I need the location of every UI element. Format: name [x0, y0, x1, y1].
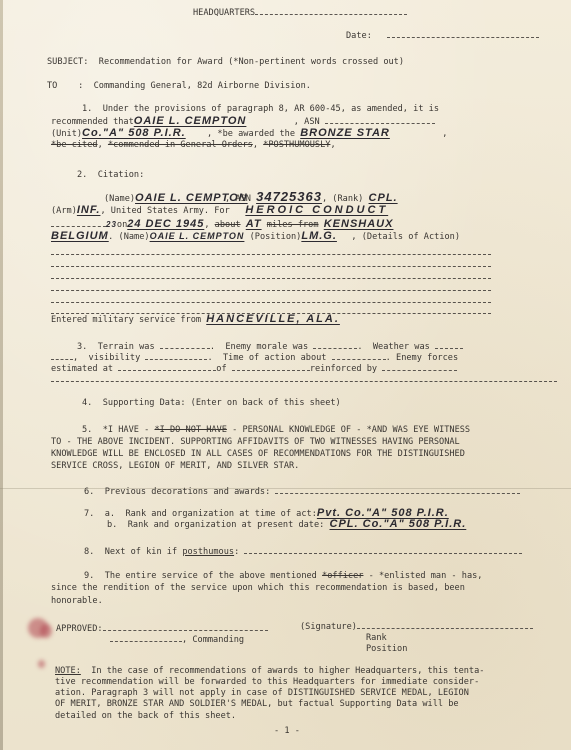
name2-label: (Name): [119, 232, 150, 242]
headquarters-line: HEADQUARTERS: [193, 6, 407, 19]
asn-label: , ASN: [294, 117, 320, 127]
para5-line1: 5. *I HAVE - *I DO NOT HAVE - PERSONAL K…: [82, 425, 470, 436]
visibility-field[interactable]: [145, 351, 207, 360]
note-line1: NOTE: In the case of recommendations of …: [55, 666, 484, 677]
reinforced-label: reinforced by: [310, 364, 377, 374]
weather-field[interactable]: [435, 340, 463, 349]
estimated-field[interactable]: [118, 362, 216, 371]
estimated-label: estimated at: [51, 364, 113, 374]
para6-line: 6. Previous decorations and awards:: [84, 485, 520, 498]
award-recommendation-form: HEADQUARTERS Date: SUBJECT: Recommendati…: [0, 0, 571, 750]
time-field[interactable]: [332, 351, 386, 360]
para1-line1: 1. Under the provisions of paragraph 8, …: [82, 104, 439, 115]
para9-text-3: honorable.: [51, 596, 103, 607]
para9-line1: 9. The entire service of the above menti…: [84, 571, 482, 582]
position-field[interactable]: LM.G.: [301, 231, 351, 242]
commanding-line: , Commanding: [110, 633, 244, 646]
citation-blank: [51, 218, 106, 227]
para7b-label: b.: [107, 520, 117, 530]
of-label: of: [216, 364, 226, 374]
rank-present-label: Rank and organization at present date:: [128, 520, 325, 530]
para2-heading: 2. Citation:: [77, 170, 144, 181]
location-field[interactable]: KENSHAUX: [324, 218, 394, 230]
struck-cited: *be cited: [51, 140, 98, 150]
para1-number: 1.: [82, 104, 92, 114]
paper-edge: [0, 0, 3, 750]
para9-number: 9.: [84, 571, 94, 581]
signature-position-label: Position: [366, 644, 407, 655]
next-of-kin-field[interactable]: [244, 545, 522, 554]
to-separator: :: [78, 81, 83, 91]
recommended-that-label: recommended that: [51, 117, 134, 127]
location-prep: AT: [246, 218, 262, 230]
to-label: TO: [47, 81, 57, 91]
date-blank: [387, 29, 539, 38]
note-text-4: OF MERIT, BRONZE STAR AND SOLDIER'S MEDA…: [55, 699, 459, 710]
rank-label: , (Rank): [322, 194, 363, 204]
citation-name-field[interactable]: OAIE L. CEMPTON: [135, 193, 225, 204]
unit-field[interactable]: Co."A" 508 P.I.R.: [82, 128, 207, 139]
signature-field[interactable]: [357, 620, 533, 629]
name-label: (Name): [104, 194, 135, 204]
para4-number: 4.: [82, 398, 92, 408]
subject-text: Recommendation for Award (*Non-pertinent…: [99, 57, 404, 67]
rank-at-act-label: Rank and organization at time of act:: [125, 509, 316, 519]
citation-asn-field[interactable]: 34725363: [256, 189, 322, 204]
asn-field[interactable]: [325, 115, 435, 124]
date-prefix: 23: [106, 220, 117, 229]
morale-field[interactable]: [313, 340, 357, 349]
signature-line: (Signature): [300, 620, 533, 633]
para5-number: 5.: [82, 425, 92, 435]
para3-line3: estimated at of reinforced by: [51, 362, 457, 375]
details-line-5[interactable]: [51, 302, 491, 303]
entered-service-line: Entered military service from HANCEVILLE…: [51, 314, 436, 326]
para7b-line: b. Rank and organization at present date…: [107, 519, 506, 531]
commanding-unit-field[interactable]: [110, 633, 182, 642]
citation-title: Citation:: [98, 170, 145, 180]
posthumous-underlined: posthumous: [182, 547, 234, 557]
para9-text-2: since the rendition of the service upon …: [51, 583, 465, 594]
citation-asn-label: , ASN: [225, 194, 251, 204]
note-text-1: In the case of recommendations of awards…: [91, 666, 484, 676]
date-label: Date:: [346, 31, 372, 41]
weather-field-cont[interactable]: [51, 351, 73, 360]
recommended-name-field[interactable]: OAIE L. CEMPTON: [134, 116, 294, 127]
ink-stain: [38, 660, 45, 668]
approved-field[interactable]: [103, 622, 268, 631]
para6-number: 6.: [84, 487, 94, 497]
commanding-label: , Commanding: [182, 635, 244, 645]
para5-text-2: TO - THE ABOVE INCIDENT. SUPPORTING AFFI…: [51, 437, 460, 448]
para9-text-1: The entire service of the above mentione…: [105, 571, 317, 581]
note-text-3: ation. Paragraph 3 will not apply in cas…: [55, 688, 469, 699]
struck-posthumously: *POSTHUMOUSLY: [263, 140, 330, 150]
para5-text-1: - PERSONAL KNOWLEDGE OF - *AND WAS EYE W…: [232, 425, 470, 435]
awarded-label: , *be awarded the: [207, 129, 295, 139]
previous-awards-field[interactable]: [275, 485, 520, 494]
details-line-1[interactable]: [51, 254, 491, 255]
arm-field[interactable]: INF.: [77, 204, 101, 216]
entered-service-field[interactable]: HANCEVILLE, ALA.: [206, 314, 436, 325]
details-label: (Details of Action): [362, 232, 460, 242]
details-line-3[interactable]: [51, 278, 491, 279]
terrain-field[interactable]: [160, 340, 210, 349]
citation-line1: (Name)OAIE L. CEMPTON, ASN 34725363, (Ra…: [104, 191, 439, 205]
note-label: NOTE:: [55, 666, 81, 676]
award-field[interactable]: BRONZE STAR: [300, 128, 442, 139]
approved-label: APPROVED:: [56, 624, 103, 634]
to-line: TO : Commanding General, 82d Airborne Di…: [47, 81, 311, 92]
signature-label: (Signature): [300, 622, 357, 632]
for-field[interactable]: HEROIC CONDUCT: [245, 205, 470, 216]
ink-stain: [40, 624, 52, 638]
para5-text-3: KNOWLEDGE WILL BE ENCLOSED IN ALL CASES …: [51, 449, 465, 460]
para7-number: 7.: [84, 509, 94, 519]
unit-label: (Unit): [51, 129, 82, 139]
rank-present-field[interactable]: CPL. Co."A" 508 P.I.R.: [330, 519, 506, 530]
citation-line4: BELGIUM . (Name)OAIE L. CEMPTON (Positio…: [51, 231, 460, 243]
para2-number: 2.: [77, 170, 87, 180]
citation-name2-field[interactable]: OAIE L. CEMPTON: [150, 231, 245, 241]
para3-extra-line[interactable]: [51, 381, 557, 382]
arm-label: (Arm): [51, 206, 77, 216]
on-label: on: [117, 220, 127, 230]
rank-field[interactable]: CPL.: [369, 193, 439, 204]
para4-line: 4. Supporting Data: (Enter on back of th…: [82, 398, 341, 409]
note-text-2: tive recommendation will be forwarded to…: [55, 677, 479, 688]
i-have: *I HAVE -: [103, 425, 150, 435]
para1-text: Under the provisions of paragraph 8, AR …: [103, 104, 439, 114]
para5-text-4: SERVICE CROSS, LEGION OF MERIT, AND SILV…: [51, 461, 299, 472]
struck-officer: *officer: [322, 571, 363, 581]
para1-line4: *be cited, *commended in General Orders,…: [51, 140, 336, 151]
page-number: - 1 -: [274, 726, 300, 737]
details-line-4[interactable]: [51, 290, 491, 291]
action-date-field[interactable]: 24 DEC 1945: [127, 218, 204, 230]
supporting-data-text: Supporting Data: (Enter on back of this …: [103, 398, 341, 408]
next-of-kin-colon: :: [234, 547, 239, 557]
subject-label: SUBJECT:: [47, 57, 88, 67]
struck-general-orders: *commended in General Orders: [108, 140, 253, 150]
struck-miles-from: miles from: [267, 220, 319, 230]
headquarters-blank: [255, 6, 407, 15]
para8-number: 8.: [84, 547, 94, 557]
para8-line: 8. Next of kin if posthumous:: [84, 545, 522, 558]
struck-do-not-have: *I DO NOT HAVE: [154, 425, 226, 435]
struck-about: about: [215, 220, 241, 230]
note-text-5: detailed on the back of this sheet.: [55, 711, 236, 722]
date-line: Date:: [346, 29, 539, 42]
para7a-label: a.: [105, 509, 115, 519]
reinforced-field[interactable]: [382, 362, 457, 371]
para1-line3: (Unit)Co."A" 508 P.I.R., *be awarded the…: [51, 128, 447, 140]
army-text: , United States Army. For: [100, 206, 229, 216]
of-field[interactable]: [232, 362, 310, 371]
country-field[interactable]: BELGIUM: [51, 231, 103, 242]
position-label: (Position): [250, 232, 302, 242]
para9-text-1b: - *enlisted man - has,: [369, 571, 483, 581]
details-line-2[interactable]: [51, 266, 491, 267]
entered-service-label: Entered military service from: [51, 315, 201, 325]
headquarters-label: HEADQUARTERS: [193, 8, 255, 18]
to-text: Commanding General, 82d Airborne Divisio…: [94, 81, 311, 91]
citation-line2: (Arm)INF., United States Army. For HEROI…: [51, 205, 470, 217]
previous-awards-label: Previous decorations and awards:: [105, 487, 271, 497]
signature-rank-label: Rank: [366, 633, 387, 644]
subject-line: SUBJECT: Recommendation for Award (*Non-…: [47, 57, 404, 68]
next-of-kin-label: Next of kin if: [105, 547, 183, 557]
